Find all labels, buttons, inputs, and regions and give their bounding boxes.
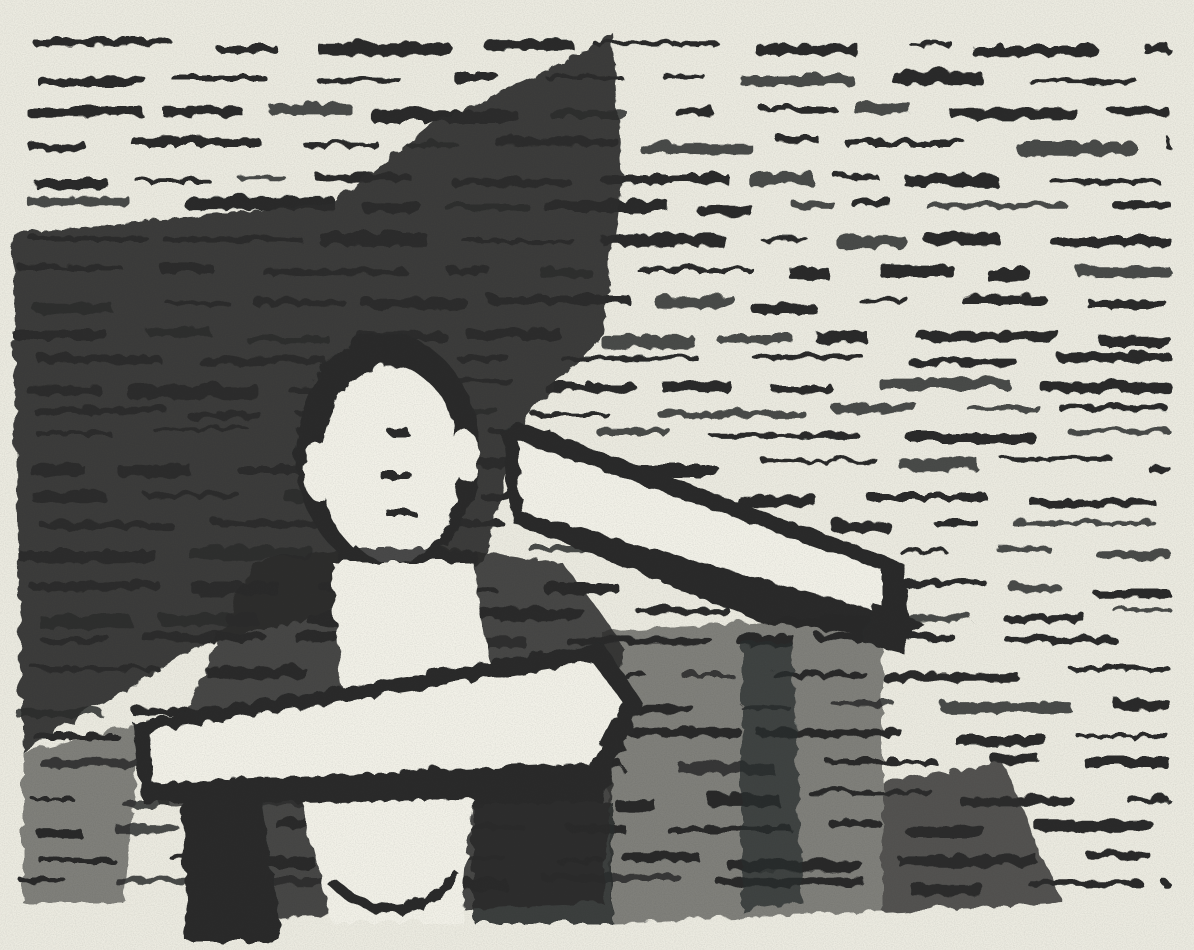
photo-canvas: [0, 0, 1194, 950]
grain-overlay: [0, 0, 1194, 950]
